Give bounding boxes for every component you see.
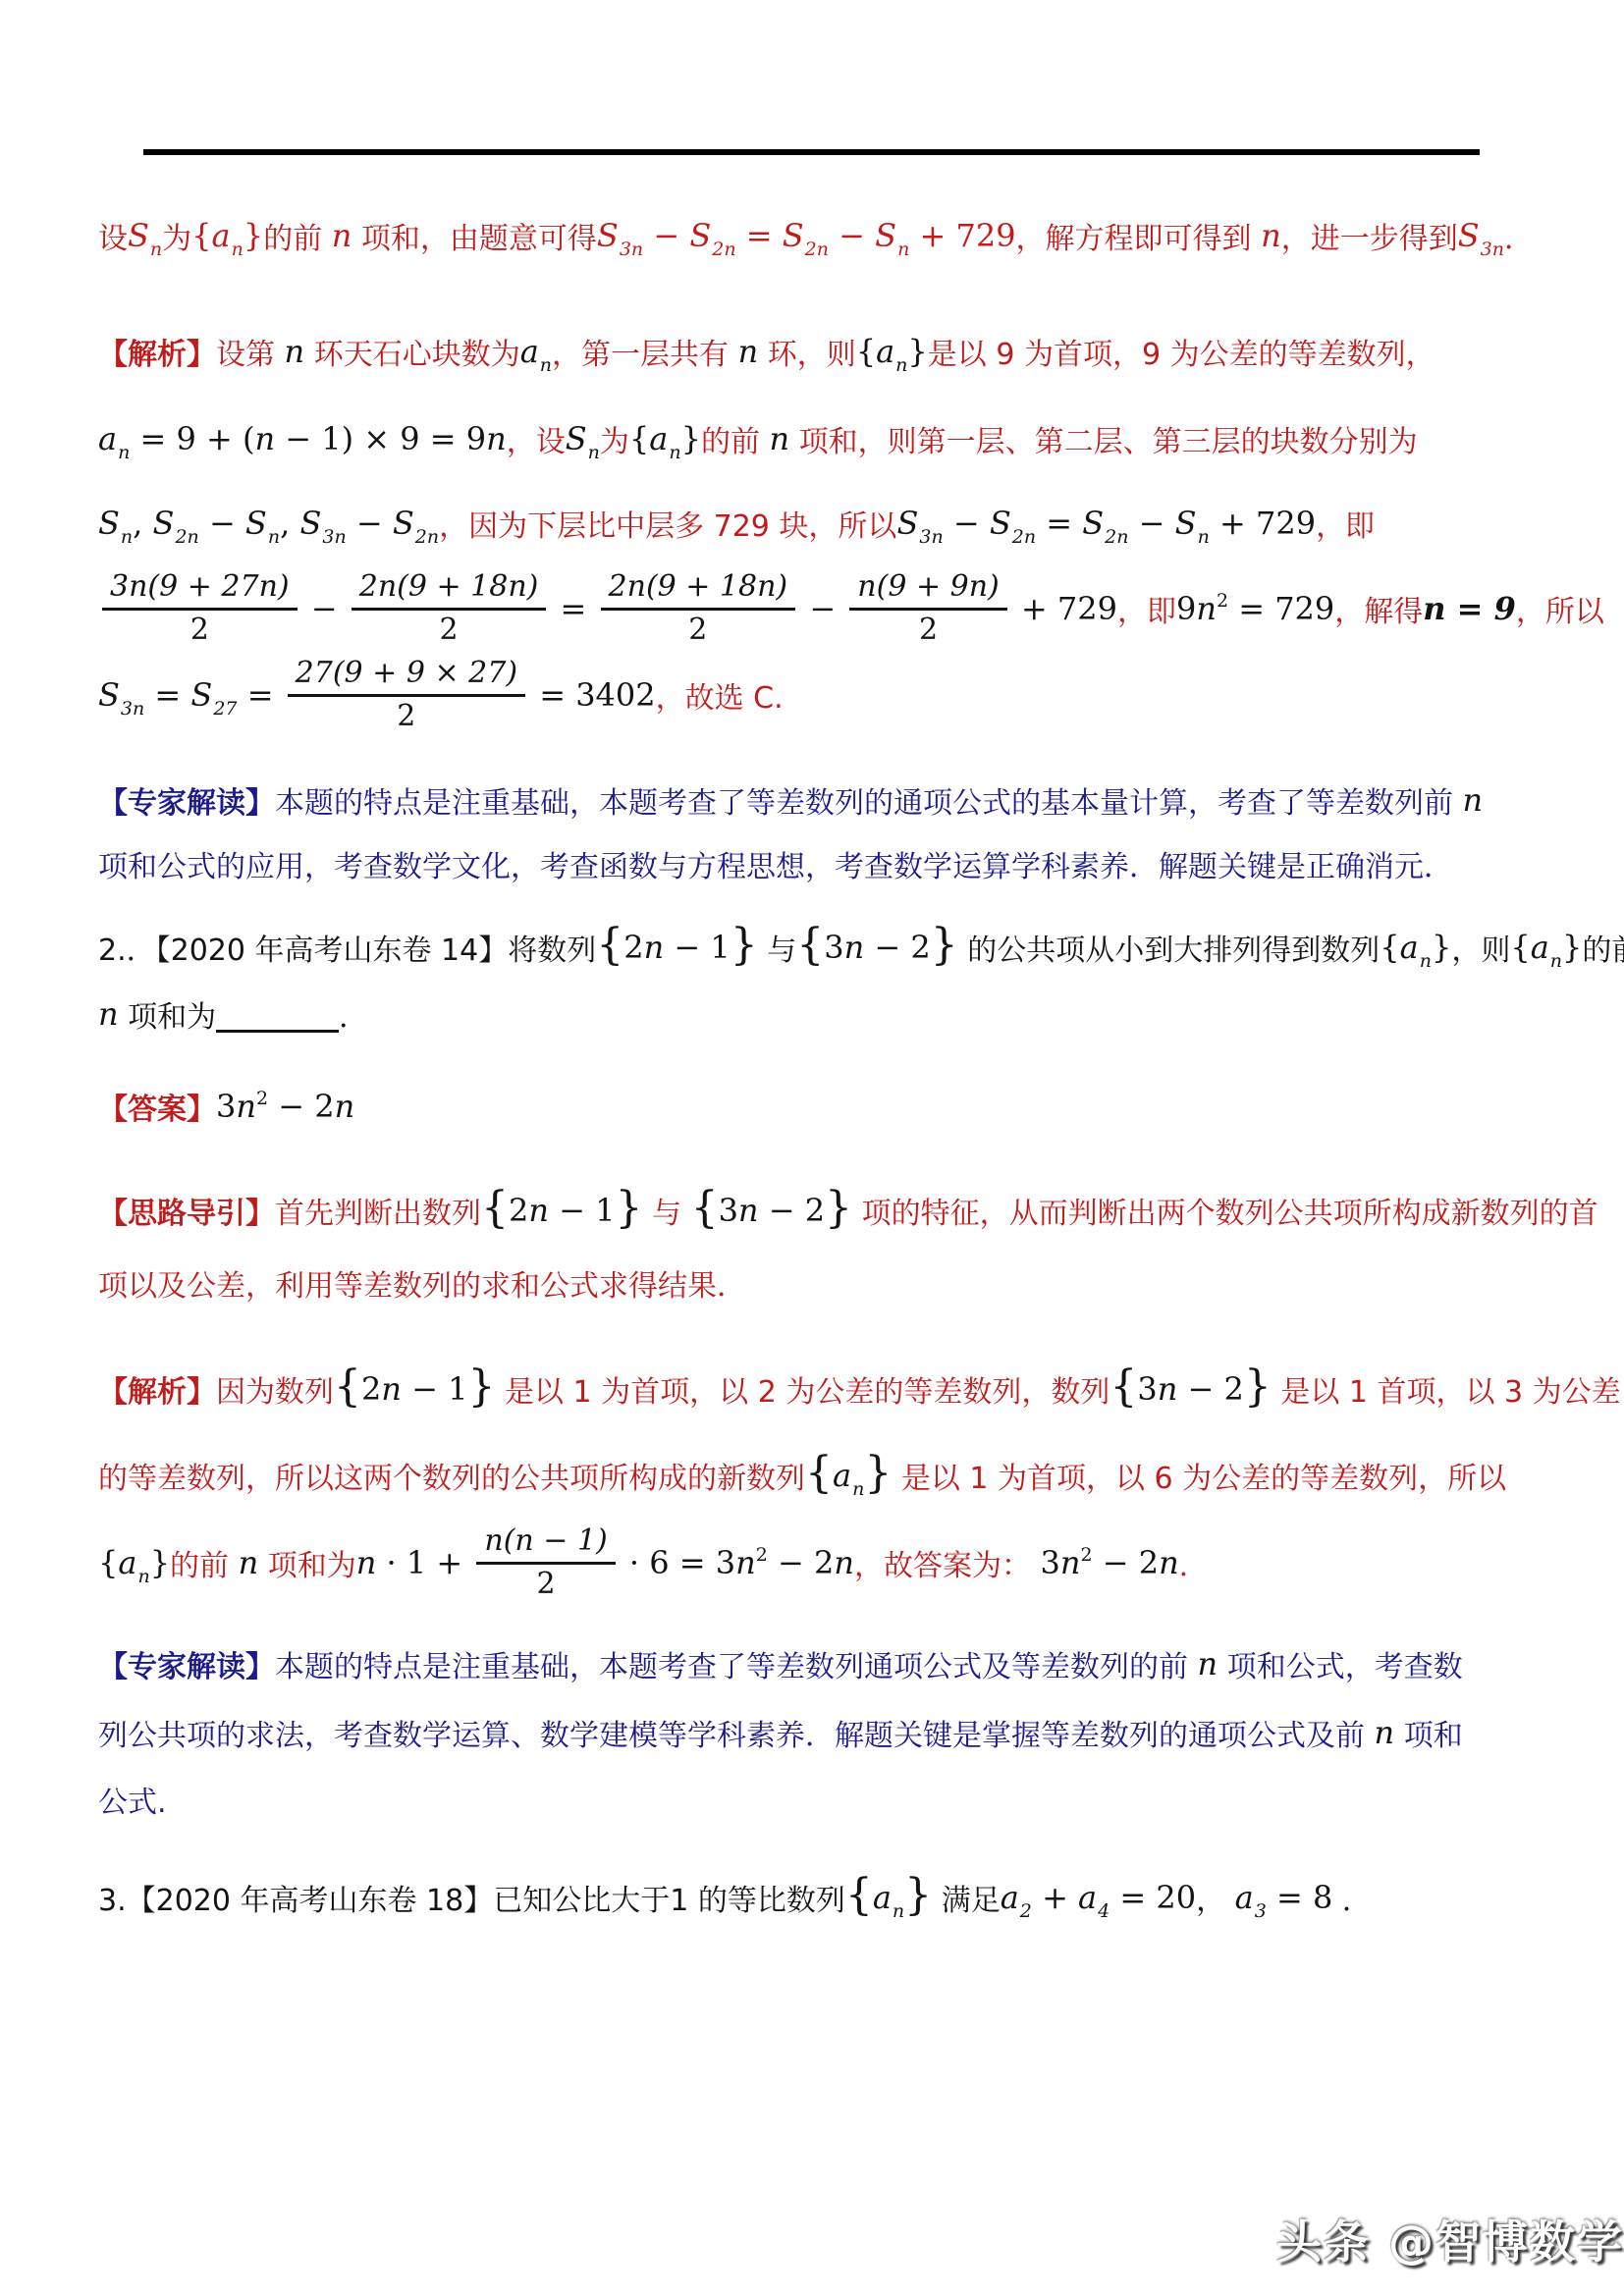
q2-expert-note-line-1: 【专家解读】本题的特点是注重基础，本题考查了等差数列通项公式及等差数列的前 n … bbox=[98, 1636, 1463, 1691]
text-segment: + bbox=[1032, 1879, 1078, 1916]
text-segment: 的前 bbox=[263, 214, 332, 257]
text-segment: = 8 bbox=[1267, 1879, 1333, 1916]
text-segment: − 2 bbox=[268, 1088, 335, 1125]
text-segment: Sn bbox=[98, 505, 133, 542]
q2-expert-note-line-2: 列公共项的求法，考查数学运算、数学建模等学科素养．解题关键是掌握等差数列的通项公… bbox=[98, 1705, 1463, 1760]
q2-answer-line: 【答案】3n2 − 2n bbox=[98, 1079, 354, 1134]
text-segment: n bbox=[98, 995, 119, 1033]
text-segment: ，设 bbox=[507, 417, 566, 460]
fraction: n(9 + 9n)2 bbox=[849, 570, 1006, 647]
question2-line-1: 2.．【2020 年高考山东卷 14】将数列{2n − 1} 与{3n − 2}… bbox=[98, 920, 1624, 975]
fraction: 2n(9 + 18n)2 bbox=[352, 570, 547, 647]
text-segment: 3 bbox=[216, 1088, 236, 1125]
text-segment: n bbox=[239, 1544, 259, 1581]
text-segment: · 6 = 3 bbox=[620, 1544, 735, 1581]
text-segment: 满足 bbox=[932, 1876, 1001, 1919]
text-segment: 的前 bbox=[701, 417, 770, 460]
text-segment: ，所以 bbox=[1516, 587, 1604, 630]
text-segment: Sn bbox=[128, 217, 162, 254]
text-segment: + 729 bbox=[1210, 505, 1316, 542]
text-segment: + 729 bbox=[1011, 590, 1117, 627]
text-segment: S3n bbox=[299, 505, 346, 542]
text-segment: − bbox=[347, 505, 393, 542]
text-segment: 项和，则第一层、第二层、第三层的块数分别为 bbox=[789, 417, 1418, 460]
q2-expert-note-line-3: 公式. bbox=[98, 1772, 167, 1827]
text-segment: ，解得 bbox=[1334, 587, 1423, 630]
text-segment: a4 bbox=[1078, 1879, 1110, 1916]
text-segment: ，则 bbox=[1451, 926, 1510, 969]
text-segment: 的前 bbox=[1582, 926, 1624, 969]
q2-hint-line-1: 【思路导引】首先判断出数列{2n − 1} 与 {3n − 2} 项的特征，从而… bbox=[98, 1183, 1598, 1238]
text-segment: − 1) × 9 = 9 bbox=[275, 420, 486, 457]
text-segment: n bbox=[332, 217, 352, 254]
q2-hint-line-2: 项以及公差，利用等差数列的求和公式求得结果． bbox=[98, 1255, 746, 1310]
text-segment: n bbox=[1158, 1370, 1178, 1408]
question2-line-2: n 项和为． bbox=[98, 987, 368, 1041]
text-segment: 3 bbox=[1137, 1370, 1157, 1408]
text-segment: 项和，由题意可得 bbox=[352, 214, 597, 257]
text-segment: 9 bbox=[1176, 590, 1196, 627]
text-segment: n bbox=[770, 420, 790, 457]
text-segment: = bbox=[1036, 505, 1082, 542]
text-segment: ，即 bbox=[1117, 587, 1176, 630]
text-segment: 2 bbox=[361, 1370, 381, 1408]
text-segment: − bbox=[944, 505, 990, 542]
text-segment: { bbox=[1380, 929, 1399, 966]
text-segment: 环天石心块数为 bbox=[304, 330, 520, 373]
q2-analysis-line-1: 【解析】因为数列{2n − 1} 是以 1 为首项，以 2 为公差的等差数列，数… bbox=[98, 1362, 1621, 1416]
text-segment: 项和公式的应用，考查数学文化，考查函数与方程思想，考查数学运算学科素养．解题关键… bbox=[98, 842, 1453, 885]
text-segment: an bbox=[1400, 929, 1432, 966]
text-segment: S2n bbox=[153, 505, 199, 542]
text-segment: a2 bbox=[1001, 1879, 1032, 1916]
text-segment: Sn bbox=[245, 505, 280, 542]
q1-result-line: S3n = S27 = 27(9 + 9 × 27)2 = 3402，故选 C. bbox=[98, 667, 784, 722]
text-segment: 【专家解读】 bbox=[98, 778, 275, 822]
q1-equation-line: 3n(9 + 27n)2 − 2n(9 + 18n)2 = 2n(9 + 18n… bbox=[98, 581, 1604, 636]
text-segment: an bbox=[1531, 929, 1562, 966]
text-segment: S3n bbox=[98, 676, 144, 714]
text-segment: 3 bbox=[719, 1192, 738, 1229]
text-segment: n bbox=[254, 420, 275, 457]
text-segment: 项和为 bbox=[119, 992, 217, 1036]
text-segment: 的公共项从小到大排列得到数列 bbox=[958, 926, 1380, 969]
text-segment: = 9 + ( bbox=[130, 420, 254, 457]
text-segment: 项和公式，考查数 bbox=[1218, 1642, 1463, 1685]
text-segment: 【思路导引】 bbox=[98, 1189, 275, 1232]
text-segment: 是以 1 为首项，以 2 为公差的等差数列，数列 bbox=[495, 1367, 1110, 1411]
text-segment: } bbox=[1432, 929, 1451, 966]
q2-analysis-line-2: 的等差数列，所以这两个数列的公共项所构成的新数列{an} 是以 1 为首项，以 … bbox=[98, 1448, 1506, 1503]
text-segment: − bbox=[301, 590, 348, 627]
document-page: 设Sn为{an}的前 n 项和，由题意可得S3n − S2n = S2n − S… bbox=[0, 0, 1624, 2296]
text-segment: S2n bbox=[1082, 505, 1128, 542]
text-segment: − 1 bbox=[664, 929, 731, 966]
text-segment: 3 bbox=[1041, 1544, 1060, 1581]
text-segment: 的等差数列，所以这两个数列的公共项所构成的新数列 bbox=[98, 1454, 805, 1497]
fraction: 3n(9 + 27n)2 bbox=[102, 570, 298, 647]
text-segment: S3n bbox=[1458, 217, 1504, 254]
text-segment: S2n bbox=[990, 505, 1036, 542]
text-segment: { bbox=[98, 1544, 118, 1581]
text-segment: = bbox=[550, 590, 596, 627]
text-segment: S2n bbox=[783, 217, 829, 254]
answer-blank bbox=[216, 996, 339, 1033]
text-segment: n bbox=[381, 1370, 402, 1408]
text-segment: − 2 bbox=[864, 929, 931, 966]
text-segment: ，解方程即可得到 bbox=[1016, 214, 1262, 257]
text-segment: − 2 bbox=[759, 1192, 826, 1229]
text-segment: 本题的特点是注重基础，本题考查了等差数列通项公式及等差数列的前 bbox=[275, 1642, 1198, 1685]
text-segment: · 1 + bbox=[376, 1544, 472, 1581]
text-segment: an bbox=[876, 333, 907, 370]
fraction: 2n(9 + 18n)2 bbox=[601, 570, 796, 647]
text-segment: 项和 bbox=[1394, 1711, 1463, 1754]
text-segment: = bbox=[736, 217, 783, 254]
text-segment: n bbox=[486, 420, 507, 457]
text-segment: S3n bbox=[896, 505, 943, 542]
text-segment: ． bbox=[1332, 1876, 1372, 1919]
text-segment: n bbox=[834, 1544, 854, 1581]
q1-analysis-line-2: an = 9 + (n − 1) × 9 = 9n，设Sn为{an}的前 n 项… bbox=[98, 411, 1418, 466]
text-segment: n bbox=[1463, 781, 1484, 819]
text-segment: − bbox=[829, 217, 875, 254]
fraction: n(n − 1)2 bbox=[476, 1524, 615, 1601]
text-segment: 为 bbox=[600, 417, 629, 460]
text-segment: } bbox=[907, 333, 927, 370]
intro-summary-line: 设Sn为{an}的前 n 项和，由题意可得S3n − S2n = S2n − S… bbox=[98, 208, 1534, 263]
text-segment: n bbox=[528, 1192, 549, 1229]
question3-line: 3.【2020 年高考山东卷 18】已知公比大于1 的等比数列{an} 满足a2… bbox=[98, 1870, 1372, 1925]
text-segment: an bbox=[212, 217, 244, 254]
text-segment: − bbox=[199, 505, 245, 542]
text-segment: n bbox=[1198, 1645, 1218, 1682]
text-segment: n bbox=[335, 1088, 355, 1125]
text-segment: 是以 1 为首项，以 6 为公差的等差数列，所以 bbox=[892, 1454, 1506, 1497]
text-segment: n bbox=[1261, 217, 1281, 254]
text-segment: n bbox=[356, 1544, 377, 1581]
text-segment: } bbox=[150, 1544, 170, 1581]
text-segment: 【解析】 bbox=[98, 330, 216, 373]
text-segment: 与 bbox=[642, 1189, 690, 1232]
text-segment: 【答案】 bbox=[98, 1085, 216, 1128]
text-segment: { bbox=[629, 420, 649, 457]
text-segment: an bbox=[118, 1544, 149, 1581]
text-segment: ，因为下层比中层多 729 块，所以 bbox=[439, 502, 896, 545]
text-segment: S2n bbox=[393, 505, 439, 542]
text-segment: 的前 bbox=[170, 1541, 239, 1584]
text-segment: 首先判断出数列 bbox=[275, 1189, 481, 1232]
text-segment: Sn bbox=[875, 217, 909, 254]
q1-expert-note-line-2: 项和公式的应用，考查数学文化，考查函数与方程思想，考查数学运算学科素养．解题关键… bbox=[98, 836, 1453, 891]
text-segment: 与 bbox=[758, 926, 797, 969]
text-segment: 环，则 bbox=[758, 330, 856, 373]
text-segment: 2 bbox=[623, 929, 643, 966]
text-segment: 【专家解读】 bbox=[98, 1642, 275, 1685]
text-segment: 列公共项的求法，考查数学运算、数学建模等学科素养．解题关键是掌握等差数列的通项公… bbox=[98, 1711, 1375, 1754]
text-segment: = bbox=[144, 676, 190, 714]
text-segment: , bbox=[133, 505, 152, 542]
text-segment: 3 bbox=[824, 929, 843, 966]
q1-analysis-line-3: Sn, S2n − Sn, S3n − S2n，因为下层比中层多 729 块，所… bbox=[98, 496, 1375, 551]
text-segment: = 20 bbox=[1110, 1879, 1196, 1916]
text-segment: = 3402 bbox=[529, 676, 656, 714]
text-segment: 项和为 bbox=[258, 1541, 356, 1584]
text-segment: Sn bbox=[1175, 505, 1210, 542]
text-segment: S27 bbox=[190, 676, 237, 714]
top-divider-line bbox=[143, 149, 1480, 155]
text-segment: n2 bbox=[236, 1088, 268, 1125]
text-segment: ，故选 C. bbox=[656, 673, 784, 717]
text-segment: 2.．【2020 年高考山东卷 14】将数列 bbox=[98, 926, 596, 969]
text-segment: n bbox=[644, 929, 665, 966]
text-segment: ． bbox=[1179, 1541, 1209, 1584]
text-segment: , bbox=[280, 505, 299, 542]
text-segment: ． bbox=[339, 992, 368, 1036]
text-segment: ，第一层共有 bbox=[552, 330, 738, 373]
text-segment: − 1 bbox=[402, 1370, 468, 1408]
fraction: 27(9 + 9 × 27)2 bbox=[288, 657, 525, 733]
text-segment: an bbox=[873, 1879, 904, 1916]
text-segment: 2 bbox=[509, 1192, 528, 1229]
text-segment: − 2 bbox=[1177, 1370, 1244, 1408]
text-segment: n bbox=[738, 333, 759, 370]
text-segment: n bbox=[844, 929, 865, 966]
text-segment: 项以及公差，利用等差数列的求和公式求得结果． bbox=[98, 1261, 746, 1305]
text-segment: S2n bbox=[689, 217, 735, 254]
text-segment: − 1 bbox=[549, 1192, 616, 1229]
text-segment: Sn bbox=[566, 420, 600, 457]
text-segment: n2 bbox=[735, 1544, 768, 1581]
text-segment: { bbox=[191, 217, 211, 254]
text-segment: 公式. bbox=[98, 1778, 167, 1821]
text-segment: { bbox=[856, 333, 876, 370]
q1-analysis-line-1: 【解析】设第 n 环天石心块数为an，第一层共有 n 环，则{an}是以 9 为… bbox=[98, 324, 1435, 379]
text-segment: − 2 bbox=[768, 1544, 835, 1581]
text-segment: n2 bbox=[1196, 590, 1228, 627]
text-segment: ，故答案为： bbox=[854, 1541, 1041, 1584]
text-segment: 为 bbox=[162, 214, 191, 257]
text-segment: 设 bbox=[98, 214, 128, 257]
text-segment: ，进一步得到 bbox=[1281, 214, 1458, 257]
text-segment: ． bbox=[1504, 214, 1534, 257]
text-segment: ，即 bbox=[1316, 502, 1375, 545]
text-segment: = 729 bbox=[1228, 590, 1334, 627]
text-segment: an bbox=[520, 333, 552, 370]
text-segment: − bbox=[1129, 505, 1175, 542]
text-segment: n bbox=[1159, 1544, 1179, 1581]
text-segment: 本题的特点是注重基础，本题考查了等差数列的通项公式的基本量计算，考查了等差数列前 bbox=[275, 778, 1463, 822]
text-segment: − bbox=[643, 217, 689, 254]
text-segment: a3 bbox=[1235, 1879, 1267, 1916]
text-segment: n bbox=[738, 1192, 759, 1229]
text-segment: 项的特征，从而判断出两个数列公共项所构成新数列的首 bbox=[852, 1189, 1598, 1232]
text-segment: n bbox=[285, 333, 305, 370]
text-segment: 因为数列 bbox=[216, 1367, 334, 1411]
text-segment: = bbox=[238, 676, 284, 714]
text-segment: { bbox=[1510, 929, 1530, 966]
text-segment: 【解析】 bbox=[98, 1367, 216, 1411]
q2-equation-line: {an}的前 n 项和为n · 1 + n(n − 1)2 · 6 = 3n2 … bbox=[98, 1535, 1209, 1590]
text-segment: 是以 9 为首项，9 为公差的等差数列， bbox=[928, 330, 1435, 373]
text-segment: − bbox=[799, 590, 845, 627]
text-segment: an bbox=[649, 420, 680, 457]
text-segment: } bbox=[681, 420, 701, 457]
text-segment: an bbox=[833, 1457, 864, 1494]
text-segment: + 729 bbox=[909, 217, 1015, 254]
text-segment: n bbox=[1375, 1714, 1395, 1751]
text-segment: 是以 1 首项，以 3 为公差 bbox=[1272, 1367, 1621, 1411]
text-segment: ， bbox=[1196, 1876, 1235, 1919]
text-segment: n2 bbox=[1060, 1544, 1093, 1581]
text-segment: − 2 bbox=[1093, 1544, 1160, 1581]
text-segment: S3n bbox=[597, 217, 643, 254]
text-segment: } bbox=[244, 217, 263, 254]
text-segment: an bbox=[98, 420, 130, 457]
q1-expert-note-line-1: 【专家解读】本题的特点是注重基础，本题考查了等差数列的通项公式的基本量计算，考查… bbox=[98, 773, 1483, 828]
text-segment: } bbox=[1562, 929, 1582, 966]
watermark-text: 头条 @智博数学 bbox=[1276, 2207, 1624, 2271]
text-segment: 3.【2020 年高考山东卷 18】已知公比大于1 的等比数列 bbox=[98, 1876, 845, 1919]
text-segment: n = 9 bbox=[1423, 590, 1516, 627]
text-segment: 设第 bbox=[216, 330, 285, 373]
